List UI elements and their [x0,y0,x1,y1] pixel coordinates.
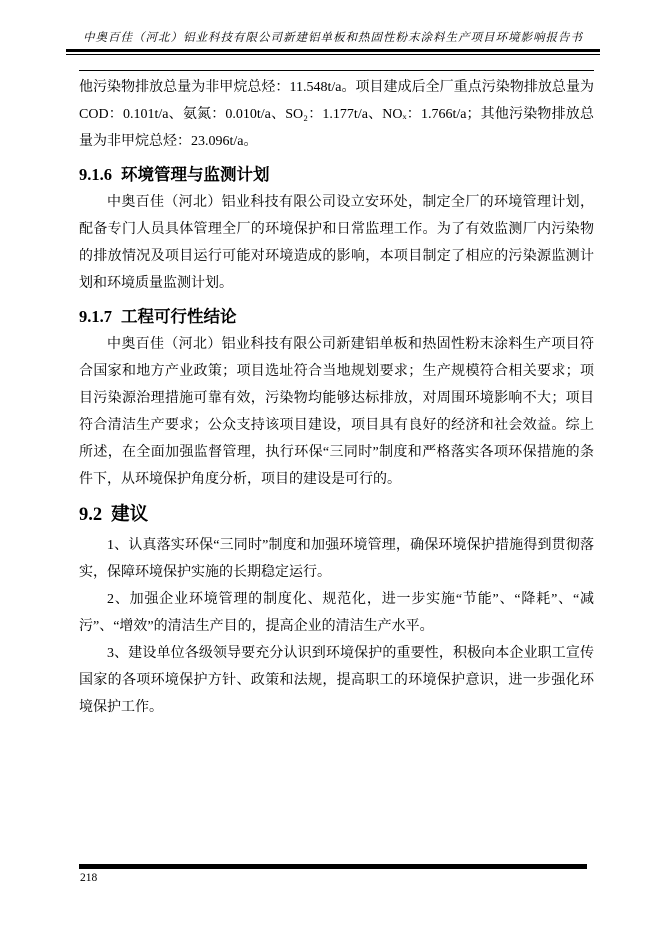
section-heading-916: 9.1.6环境管理与监测计划 [79,162,594,188]
section-title: 建议 [111,503,148,524]
paragraph-continued: 他污染物排放总量为非甲烷总烃：11.548t/a。项目建成后全厂重点污染物排放总… [79,74,594,155]
section-number: 9.1.6 [79,165,112,184]
header-rule-thin [66,54,600,55]
running-head: 中奥百佳（河北）铝业科技有限公司新建铝单板和热固性粉末涂料生产项目环境影响报告书 [66,29,600,45]
section-heading-92: 9.2建议 [79,499,594,530]
section-number: 9.1.7 [79,307,112,326]
paragraph-suggestion-3: 3、建设单位各级领导要充分认识到环境保护的重要性，积极向本企业职工宣传国家的各项… [79,640,594,721]
section-title: 环境管理与监测计划 [121,166,270,184]
paragraph: 中奥百佳（河北）铝业科技有限公司设立安环处，制定全厂的环境管理计划，配备专门人员… [79,189,594,297]
document-page: 中奥百佳（河北）铝业科技有限公司新建铝单板和热固性粉末涂料生产项目环境影响报告书… [0,0,665,932]
section-heading-917: 9.1.7工程可行性结论 [79,304,594,330]
header-rule-thick [66,49,600,52]
footer-rule [79,864,587,869]
paragraph: 中奥百佳（河北）铝业科技有限公司新建铝单板和热固性粉末涂料生产项目符合国家和地方… [79,331,594,493]
paragraph-suggestion-1: 1、认真落实环保“三同时”制度和加强环境管理，确保环境保护措施得到贯彻落实，保障… [79,532,594,586]
page-body: 他污染物排放总量为非甲烷总烃：11.548t/a。项目建成后全厂重点污染物排放总… [79,70,594,721]
section-title: 工程可行性结论 [121,308,237,326]
section-number: 9.2 [79,505,102,525]
page-number: 218 [80,872,97,884]
paragraph-suggestion-2: 2、加强企业环境管理的制度化、规范化，进一步实施“节能”、“降耗”、“减污”、“… [79,586,594,640]
